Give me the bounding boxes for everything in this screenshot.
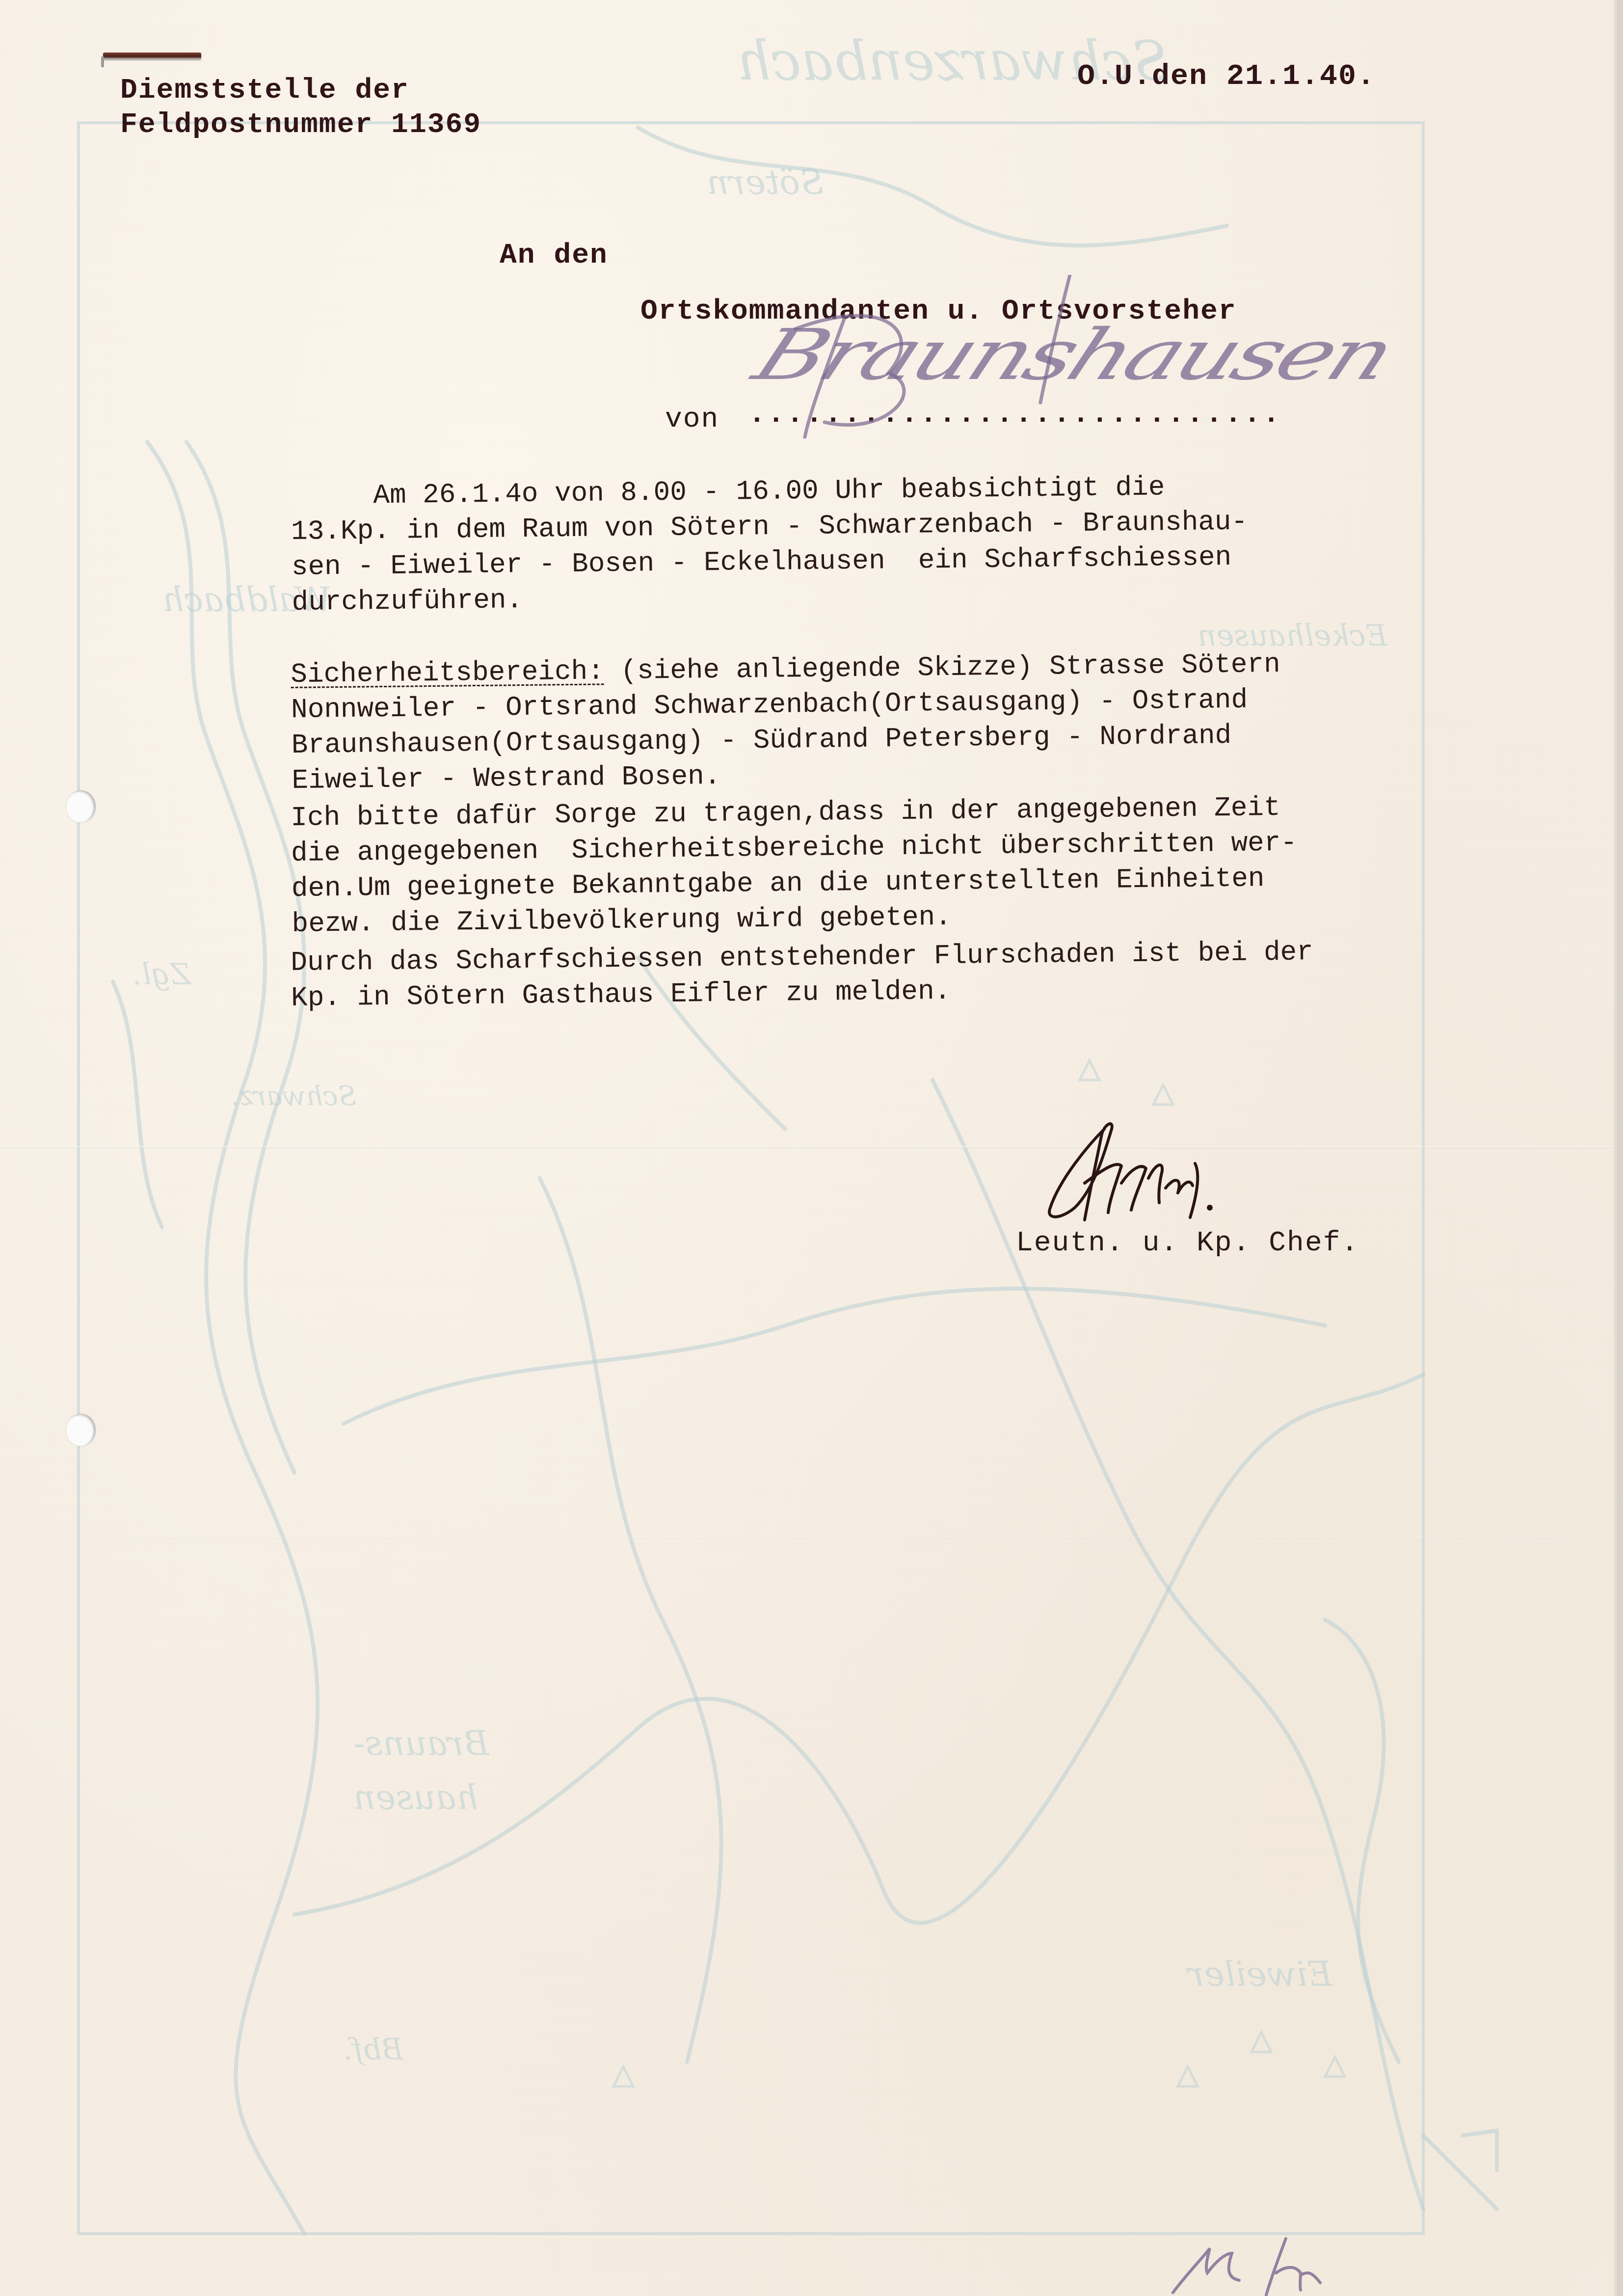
paragraph-line: 13.Kp. in dem Raum von Sötern - Schwarze… xyxy=(291,506,1248,547)
punch-hole xyxy=(66,1414,96,1446)
paragraph-line: (siehe anliegende Skizze) Strasse Sötern xyxy=(604,648,1280,687)
paragraph-line: durchzuführen. xyxy=(292,584,523,618)
paper-right-edge xyxy=(1614,0,1620,2296)
handwritten-signature-icon xyxy=(1031,1114,1305,1227)
paragraph-line: Braunshausen(Ortsausgang) - Südrand Pete… xyxy=(292,720,1232,761)
body-paragraph-2: Sicherheitsbereich: (siehe anliegende Sk… xyxy=(291,647,1281,798)
map-label: Eiweiler xyxy=(1188,1954,1332,1994)
map-label: Brauns- xyxy=(353,1723,489,1763)
safety-zone-label: Sicherheitsbereich: xyxy=(291,655,604,690)
place-date: O.U.den 21.1.40. xyxy=(1077,60,1376,93)
body-paragraph-1: Am 26.1.4o von 8.00 - 16.00 Uhr beabsich… xyxy=(291,469,1249,620)
paragraph-line: Kp. in Sötern Gasthaus Eifler zu melden. xyxy=(291,975,951,1014)
map-label: Zgl. xyxy=(133,957,190,992)
paragraph-line: Durch das Scharfschiessen entstehender F… xyxy=(291,936,1313,978)
punch-hole xyxy=(66,790,96,823)
map-label: Schwarz. xyxy=(231,1080,357,1111)
handwritten-place-name: Braunshausen xyxy=(743,314,1404,396)
body-paragraph-3: Ich bitte dafür Sorge zu tragen,dass in … xyxy=(291,790,1298,942)
staple xyxy=(103,53,201,59)
paragraph-line: den.Um geeignete Bekanntgabe an die unte… xyxy=(292,863,1265,904)
address-salutation: An den xyxy=(500,240,608,271)
sender-line-1: Diemststelle der xyxy=(120,75,409,107)
paragraph-line: Ich bitte dafür Sorge zu tragen,dass in … xyxy=(291,792,1280,834)
document-page: SchwarzenbachSöternWaldbachEckelhausenZg… xyxy=(0,0,1620,2296)
sender-block: Diemststelle der Feldpostnummer 11369 xyxy=(120,74,481,142)
paragraph-line: Eiweiler - Westrand Bosen. xyxy=(292,760,720,796)
map-label: hausen xyxy=(353,1777,478,1817)
address-von-label: von xyxy=(665,404,719,435)
paragraph-line: sen - Eiweiler - Bosen - Eckelhausen ein… xyxy=(292,541,1232,583)
paragraph-line: Am 26.1.4o von 8.00 - 16.00 Uhr beabsich… xyxy=(291,471,1165,512)
sender-line-2: Feldpostnummer 11369 xyxy=(120,109,481,141)
fold-crease xyxy=(0,1146,1620,1148)
body-paragraph-4: Durch das Scharfschiessen entstehender F… xyxy=(291,934,1314,1016)
handwritten-initials-icon xyxy=(1153,2229,1359,2296)
fold-crease xyxy=(0,1537,1620,1539)
paragraph-line: bezw. die Zivilbevölkerung wird gebeten. xyxy=(292,901,952,940)
paragraph-line: Nonnweiler - Ortsrand Schwarzenbach(Orts… xyxy=(291,684,1248,726)
map-label: Sötern xyxy=(707,162,824,202)
signature-caption: Leutn. u. Kp. Chef. xyxy=(1016,1227,1359,1259)
map-label: Bbf. xyxy=(344,2032,403,2067)
paragraph-line: die angegebenen Sicherheitsbereiche nich… xyxy=(291,827,1297,869)
